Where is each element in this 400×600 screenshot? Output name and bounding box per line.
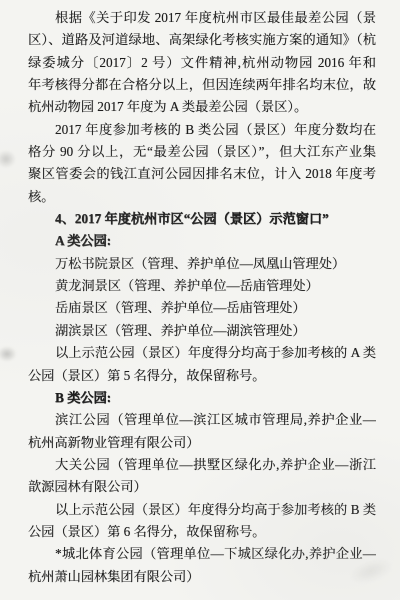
scanned-document-page: 根据《关于印发 2017 年度杭州市区最佳最差公园（景区）、道路及河道绿地、高架… [0, 0, 400, 600]
heading-line: A 类公园: [28, 230, 376, 252]
text-line: 杭州萧山园林集团有限公司） [28, 566, 376, 588]
text-line: 湖滨景区（管理、养护单位—湖滨管理处） [28, 320, 376, 342]
text-line: 核。 [28, 186, 376, 208]
text-line: *城北体育公园（管理单位—下城区绿化办,养护企业— [28, 543, 376, 565]
text-line: 杭州高新物业管理有限公司） [28, 432, 376, 454]
scan-smudge [0, 346, 17, 362]
text-line: 以上示范公园（景区）年度得分均高于参加考核的 B 类 [28, 499, 376, 521]
scan-smudge [0, 150, 16, 168]
heading-line: 4、2017 年度杭州市区“公园（景区）示范窗口” [28, 208, 376, 230]
text-line: 岳庙景区（管理、养护单位—岳庙管理处） [28, 297, 376, 319]
text-line: 年考核得分都在合格分以上，但因连续两年排名均末位，故 [28, 74, 376, 96]
text-line: 滨江公园（管理单位—滨江区城市管理局,养护企业— [28, 409, 376, 431]
text-line: 杭州动物园 2017 年度为 A 类最差公园（景区）。 [28, 96, 376, 118]
text-line: 公园（景区）第 6 名得分，故保留称号。 [28, 521, 376, 543]
text-line: 歆源园林有限公司） [28, 476, 376, 498]
text-line: 大关公园（管理单位—拱墅区绿化办,养护企业—浙江 [28, 454, 376, 476]
text-line: 区）、道路及河道绿地、高架绿化考核实施方案的通知》（杭 [28, 29, 376, 51]
text-line: 绿委城分〔2017〕2 号）文件精神,杭州动物园 2016 年和 2017 [28, 52, 376, 74]
text-line: 以上示范公园（景区）年度得分均高于参加考核的 A 类 [28, 342, 376, 364]
text-line: 格分 90 分以上，无“最差公园（景区）”，但大江东产业集 [28, 141, 376, 163]
text-line: 万松书院景区（管理、养护单位—凤凰山管理处） [28, 253, 376, 275]
text-line: 2017 年度参加考核的 B 类公园（景区）年度分数均在合 [28, 119, 376, 141]
text-line: 公园（景区）第 5 名得分，故保留称号。 [28, 365, 376, 387]
text-line: 黄龙洞景区（管理、养护单位—岳庙管理处） [28, 275, 376, 297]
document-text-block: 根据《关于印发 2017 年度杭州市区最佳最差公园（景区）、道路及河道绿地、高架… [28, 7, 376, 588]
text-line: 根据《关于印发 2017 年度杭州市区最佳最差公园（景 [28, 7, 376, 29]
heading-line: B 类公园: [28, 387, 376, 409]
text-line: 聚区管委会的钱江直河公园因排名末位，计入 2018 年度考 [28, 163, 376, 185]
